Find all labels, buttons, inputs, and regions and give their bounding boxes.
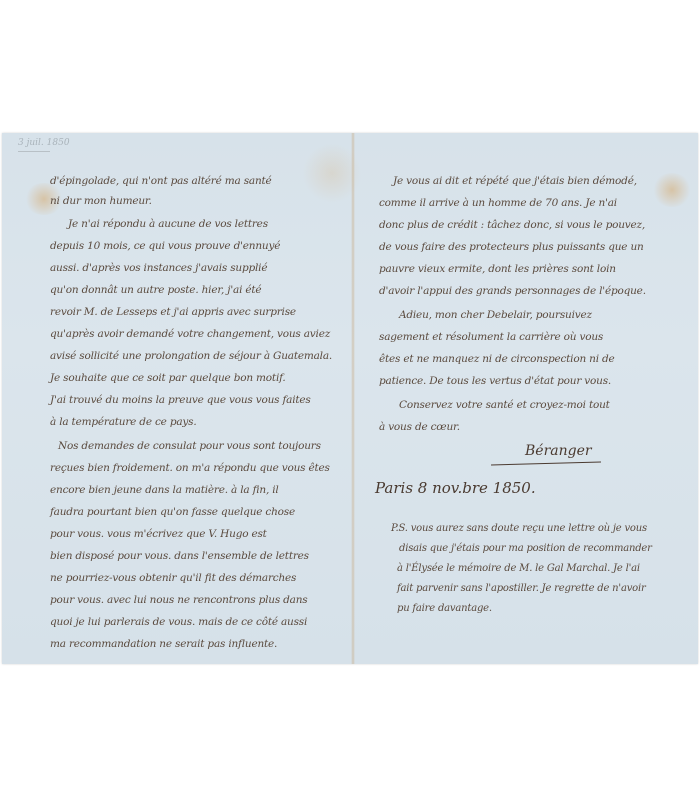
text-line: faudra pourtant bien qu'on fasse quelque… [50,506,295,518]
text-line: Adieu, mon cher Debelair, poursuivez [399,309,592,321]
text-line: pour vous. avec lui nous ne rencontrons … [50,594,307,606]
text-line: quoi je lui parlerais de vous. mais de c… [50,616,307,628]
text-line: de vous faire des protecteurs plus puiss… [379,241,644,253]
text-line: bien disposé pour vous. dans l'ensemble … [50,550,309,562]
text-line: Je n'ai répondu à aucune de vos lettres [68,218,268,230]
text-line: Nos demandes de consulat pour vous sont … [58,440,321,452]
text-line: avisé sollicité une prolongation de séjo… [50,350,332,362]
letter-sheet: 3 juil. 1850 d'épingolade, qui n'ont pas… [2,133,698,664]
right-page: Je vous ai dit et répété que j'étais bie… [355,133,698,664]
text-line: Je vous ai dit et répété que j'étais bie… [393,175,637,187]
postscript-line: fait parvenir sans l'apostiller. Je regr… [397,583,646,594]
text-line: Conservez votre santé et croyez-moi tout [399,399,610,411]
text-line: qu'après avoir demandé votre changement,… [50,328,330,340]
text-line: pauvre vieux ermite, dont les prières so… [379,263,616,275]
postscript-line: à l'Élysée le mémoire de M. le Gal March… [397,563,640,574]
text-line: sagement et résolument la carrière où vo… [379,331,603,343]
text-line: à la température de ce pays. [50,416,196,428]
dateline: Paris 8 nov.bre 1850. [375,479,536,497]
left-page: 3 juil. 1850 d'épingolade, qui n'ont pas… [2,133,351,664]
text-line: à vous de cœur. [379,421,460,433]
text-line: pour vous. vous m'écrivez que V. Hugo es… [50,528,267,540]
text-line: revoir M. de Lesseps et j'ai appris avec… [50,306,296,318]
text-line: Je souhaite que ce soit par quelque bon … [50,372,286,384]
postscript-line: disais que j'étais pour ma position de r… [399,543,652,554]
archive-mark: 3 juil. 1850 [18,138,70,148]
text-line: ne pourriez-vous obtenir qu'il fit des d… [50,572,296,584]
text-line: ma recommandation ne serait pas influent… [50,638,277,650]
text-line: depuis 10 mois, ce qui vous prouve d'enn… [50,240,280,252]
postscript-line: P.S. vous aurez sans doute reçu une lett… [391,523,647,534]
text-line: aussi. d'après vos instances j'avais sup… [50,262,267,274]
text-line: J'ai trouvé du moins la preuve que vous … [50,394,311,406]
text-line: comme il arrive à un homme de 70 ans. Je… [379,197,617,209]
text-line: d'avoir l'appui des grands personnages d… [379,285,646,297]
text-line: ni dur mon humeur. [50,195,152,207]
text-line: donc plus de crédit : tâchez donc, si vo… [379,219,645,231]
text-line: reçues bien froidement. on m'a répondu q… [50,462,330,474]
text-line: encore bien jeune dans la matière. à la … [50,484,279,496]
signature: Béranger [525,443,592,459]
postscript-line: pu faire davantage. [397,603,492,614]
text-line: d'épingolade, qui n'ont pas altéré ma sa… [50,175,272,187]
text-line: patience. De tous les vertus d'état pour… [379,375,611,387]
text-line: qu'on donnât un autre poste. hier, j'ai … [50,284,261,296]
text-line: êtes et ne manquez ni de circonspection … [379,353,615,365]
